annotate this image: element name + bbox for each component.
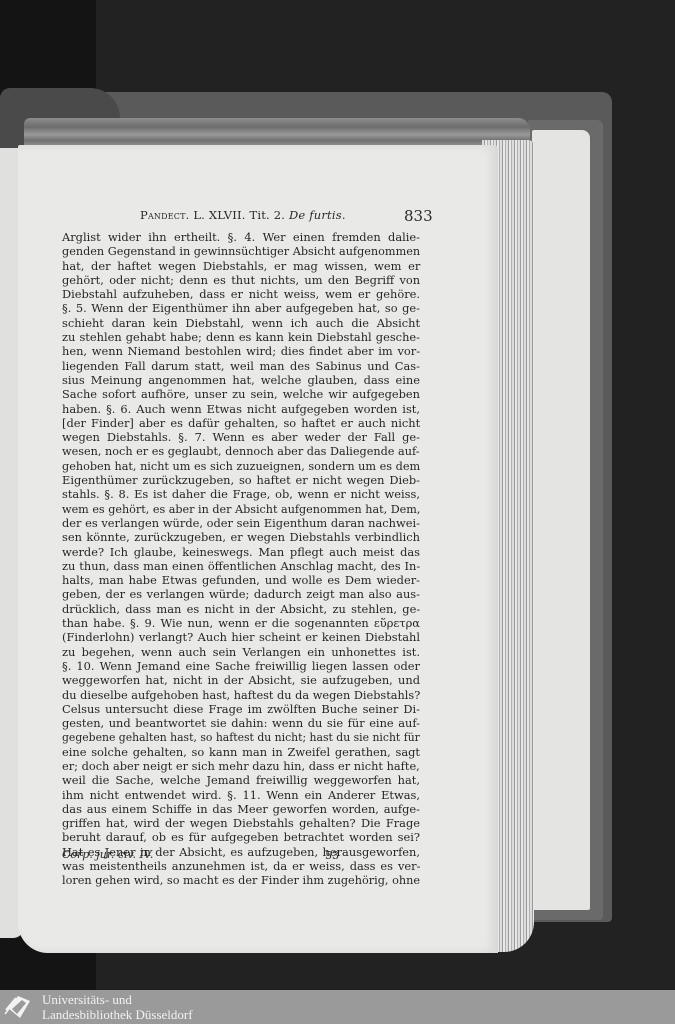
text-line: hat, der haftet wegen Diebstahls, er mag… — [62, 259, 420, 273]
text-line: Sache sofort aufhöre, unser zu sein, wel… — [62, 387, 420, 401]
text-line: (Finderlohn) verlangt? Auch hier scheint… — [62, 630, 420, 644]
text-line: zu begehen, wenn auch sein Verlangen ein… — [62, 645, 420, 659]
text-line: sius Meinung angenommen hat, welche glau… — [62, 373, 420, 387]
text-line: gehoben hat, nicht um es sich zuzueignen… — [62, 459, 415, 473]
text-line: gehört, oder nicht; denn es thut nichts,… — [62, 273, 420, 287]
footer-signature: Corp. jur. civ. IV. — [62, 848, 153, 861]
text-line: halts, man habe Etwas gefunden, und woll… — [62, 573, 420, 587]
text-line: Diebstahl aufzuheben, dass er nicht weis… — [62, 287, 420, 301]
text-line: hen, wenn Niemand bestohlen wird; dies f… — [62, 344, 420, 358]
text-line: Celsus untersucht diese Frage im zwölfte… — [62, 702, 420, 716]
text-line: schieht daran kein Diebstahl, wenn ich a… — [62, 316, 420, 330]
text-line: wem es gehört, es aber in der Absicht au… — [62, 502, 413, 516]
text-line: than habe. §. 9. Wie nun, wenn er die so… — [62, 616, 420, 630]
text-line: werde? Ich glaube, keineswegs. Man pfleg… — [62, 545, 420, 559]
header-series: Pandect. — [140, 208, 189, 222]
text-line: was meistentheils anzunehmen ist, da er … — [62, 859, 420, 873]
book-logo-icon — [3, 993, 33, 1021]
header-book: L. XLVII. — [193, 208, 245, 222]
footer-sheet-number: 53 — [325, 849, 339, 862]
text-line: [der Finder] aber es dafür gehalten, so … — [62, 416, 420, 430]
body-text: Arglist wider ihn ertheilt. §. 4. Wer ei… — [62, 230, 420, 888]
text-line: beruht darauf, ob es für aufgegeben betr… — [62, 830, 420, 844]
running-header: Pandect. L. XLVII. Tit. 2. De furtis. — [140, 208, 426, 228]
text-line: der es verlangen würde, oder sein Eigent… — [62, 516, 420, 530]
text-line: griffen hat, wird der wegen Diebstahls g… — [62, 816, 420, 830]
text-line: Eigenthümer zurückzugeben, so haftet er … — [62, 473, 420, 487]
text-line: Arglist wider ihn ertheilt. §. 4. Wer ei… — [62, 230, 420, 244]
text-line: das aus einem Schiffe in das Meer geworf… — [62, 802, 420, 816]
text-line: wegen Diebstahls. §. 7. Wenn es aber wed… — [62, 430, 420, 444]
header-title-no: Tit. 2. — [249, 208, 285, 222]
text-line: zu stehlen gehabt habe; denn es kann kei… — [62, 330, 420, 344]
text-line: genden Gegenstand in gewinnsüchtiger Abs… — [62, 244, 415, 258]
text-line: haben. §. 6. Auch wenn Etwas nicht aufge… — [62, 402, 420, 416]
text-line: weil die Sache, welche Jemand freiwillig… — [62, 773, 420, 787]
book-page: Pandect. L. XLVII. Tit. 2. De furtis. 83… — [18, 145, 498, 953]
text-line: sen könnte, zurückzugeben, er wegen Dieb… — [62, 530, 420, 544]
text-line: geben, der es verlangen würde; dadurch z… — [62, 587, 420, 601]
text-line: drücklich, dass man es nicht in der Absi… — [62, 602, 420, 616]
text-line: §. 5. Wenn der Eigenthümer ihn aber aufg… — [62, 301, 420, 315]
text-line: liegenden Fall darum statt, weil man des… — [62, 359, 420, 373]
text-line: loren gehen wird, so macht es der Finder… — [62, 873, 416, 887]
library-name-line2: Landesbibliothek Düsseldorf — [42, 1007, 193, 1022]
text-line: ihm nicht entwendet wird. §. 11. Wenn ei… — [62, 788, 420, 802]
text-line: wesen, noch er es geglaubt, dennoch aber… — [62, 444, 415, 458]
text-line: weggeworfen hat, nicht in der Absicht, s… — [62, 673, 420, 687]
text-line: zu thun, dass man einen öffentlichen Ans… — [62, 559, 420, 573]
text-line: gesten, und beantwortet sie dahin: wenn … — [62, 716, 420, 730]
page-number: 833 — [404, 207, 433, 225]
text-line: eine solche gehalten, so kann man in Zwe… — [62, 745, 420, 759]
endpaper — [532, 130, 590, 910]
library-name: Universitäts- und Landesbibliothek Düsse… — [42, 992, 193, 1022]
header-title: De furtis. — [289, 208, 346, 222]
text-line: §. 10. Wenn Jemand eine Sache freiwillig… — [62, 659, 420, 673]
text-line: stahls. §. 8. Es ist daher die Frage, ob… — [62, 487, 420, 501]
text-line: gegebene gehalten hast, so haftest du ni… — [62, 730, 402, 744]
page-block-top-edge — [24, 118, 530, 148]
library-name-line1: Universitäts- und — [42, 992, 193, 1007]
text-line: du dieselbe aufgehoben hast, haftest du … — [62, 688, 417, 702]
library-banner: Universitäts- und Landesbibliothek Düsse… — [0, 990, 675, 1024]
text-line: er; doch aber neigt er sich mehr dazu hi… — [62, 759, 419, 773]
